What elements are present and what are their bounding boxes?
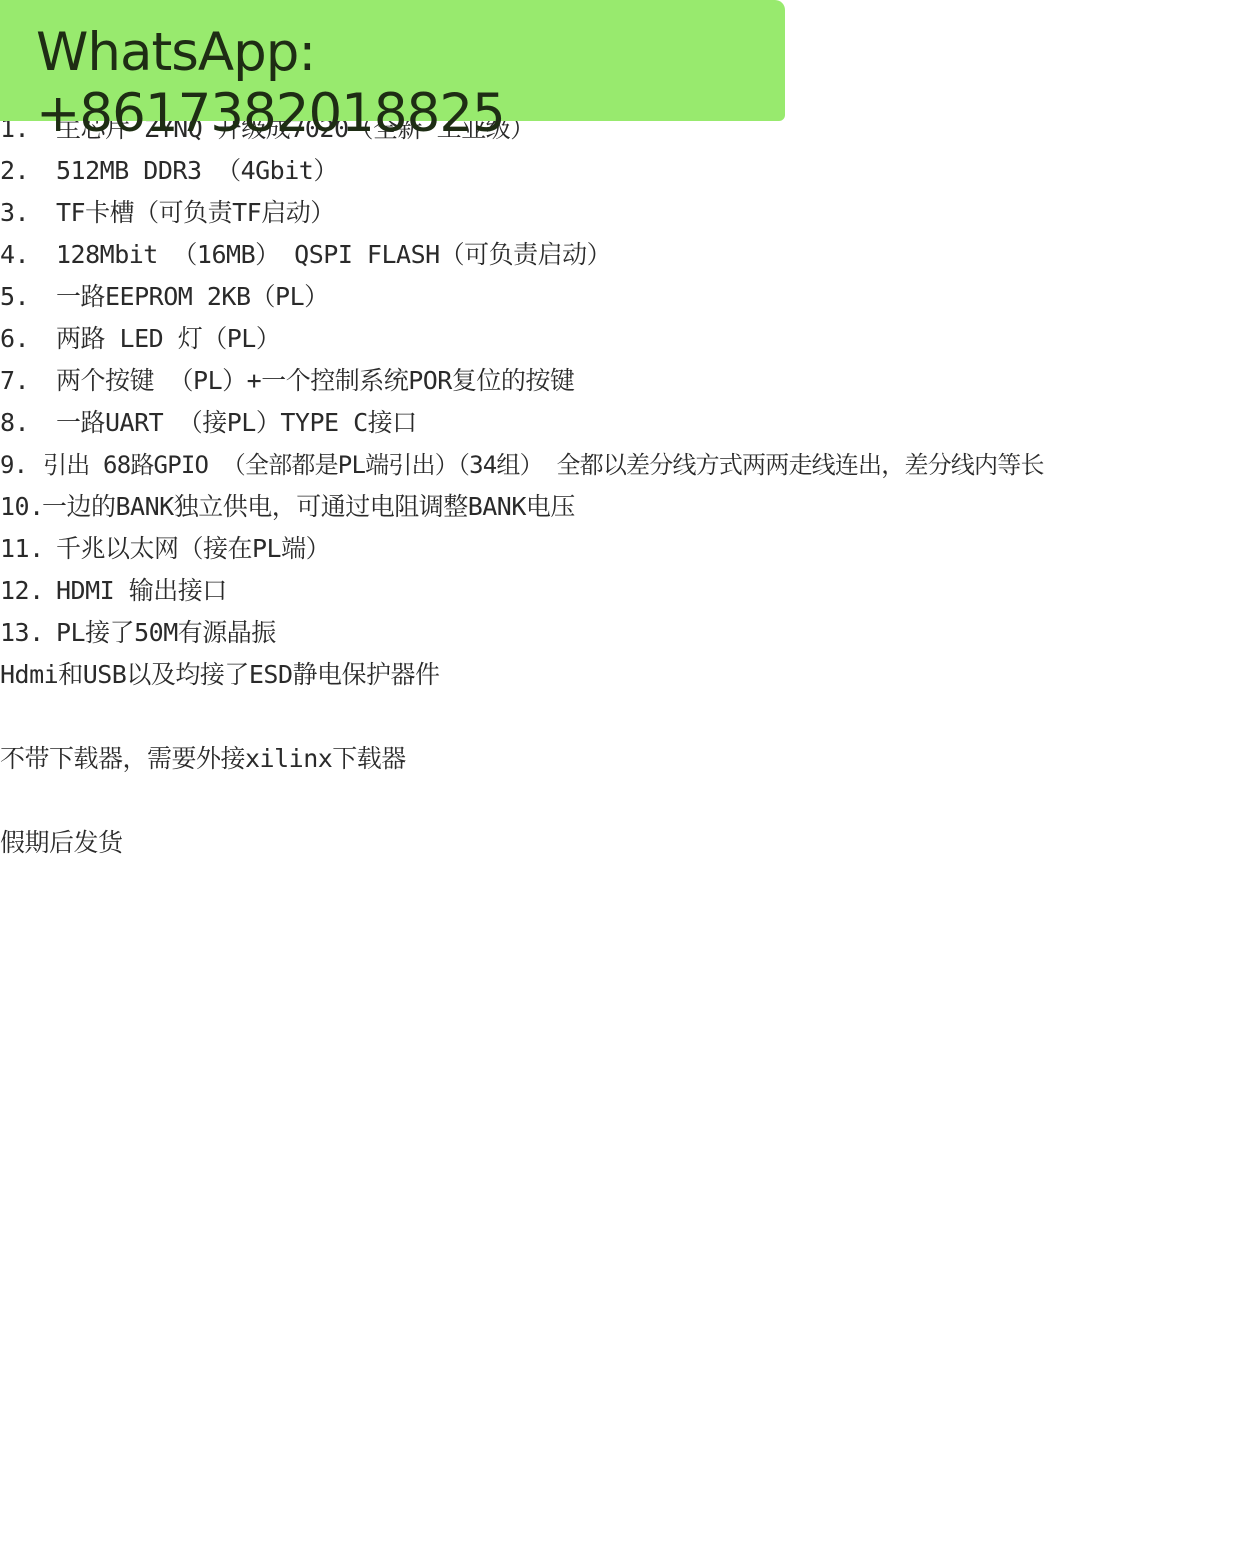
feature-text: HDMI 输出接口 <box>56 576 227 605</box>
feature-item: 6.两路 LED 灯（PL） <box>0 318 280 360</box>
feature-item: 5.一路EEPROM 2KB（PL） <box>0 276 329 318</box>
feature-item: 9.引出 68路GPIO （全部都是PL端引出）（34组） 全都以差分线方式两两… <box>0 444 1044 486</box>
feature-item: 2.512MB DDR3 （4Gbit） <box>0 150 338 192</box>
feature-text: 512MB DDR3 （4Gbit） <box>56 156 338 185</box>
feature-item: 11.千兆以太网（接在PL端） <box>0 528 330 570</box>
feature-text: 128Mbit （16MB） QSPI FLASH（可负责启动） <box>56 240 611 269</box>
esd-note: Hdmi和USB以及均接了ESD静电保护器件 <box>0 654 440 696</box>
feature-item: 12.HDMI 输出接口 <box>0 570 227 612</box>
feature-item: 13.PL接了50M有源晶振 <box>0 612 276 654</box>
feature-item: 8.一路UART （接PL）TYPE C接口 <box>0 402 417 444</box>
feature-text: 两个按键 （PL）+一个控制系统POR复位的按键 <box>56 366 574 395</box>
feature-text: 一边的BANK独立供电，可通过电阻调整BANK电压 <box>42 492 575 521</box>
feature-item: 4.128Mbit （16MB） QSPI FLASH（可负责启动） <box>0 234 611 276</box>
feature-text: PL接了50M有源晶振 <box>56 618 276 647</box>
feature-text: 千兆以太网（接在PL端） <box>56 534 330 563</box>
feature-item: 10.一边的BANK独立供电，可通过电阻调整BANK电压 <box>0 486 575 528</box>
shipping-note: 假期后发货 <box>0 822 123 864</box>
downloader-note: 不带下载器，需要外接xilinx下载器 <box>0 738 406 780</box>
feature-text: TF卡槽（可负责TF启动） <box>56 198 335 227</box>
feature-text: 引出 68路GPIO （全部都是PL端引出）（34组） 全都以差分线方式两两走线… <box>43 451 1044 479</box>
feature-text: 一路UART （接PL）TYPE C接口 <box>56 408 417 437</box>
whatsapp-watermark-banner: WhatsApp: +8617382018825 <box>0 0 785 121</box>
feature-text: 两路 LED 灯（PL） <box>56 324 280 353</box>
feature-text: 一路EEPROM 2KB（PL） <box>56 282 329 311</box>
feature-item: 7.两个按键 （PL）+一个控制系统POR复位的按键 <box>0 360 574 402</box>
feature-item: 3.TF卡槽（可负责TF启动） <box>0 192 335 234</box>
whatsapp-contact-text: WhatsApp: +8617382018825 <box>36 22 785 144</box>
